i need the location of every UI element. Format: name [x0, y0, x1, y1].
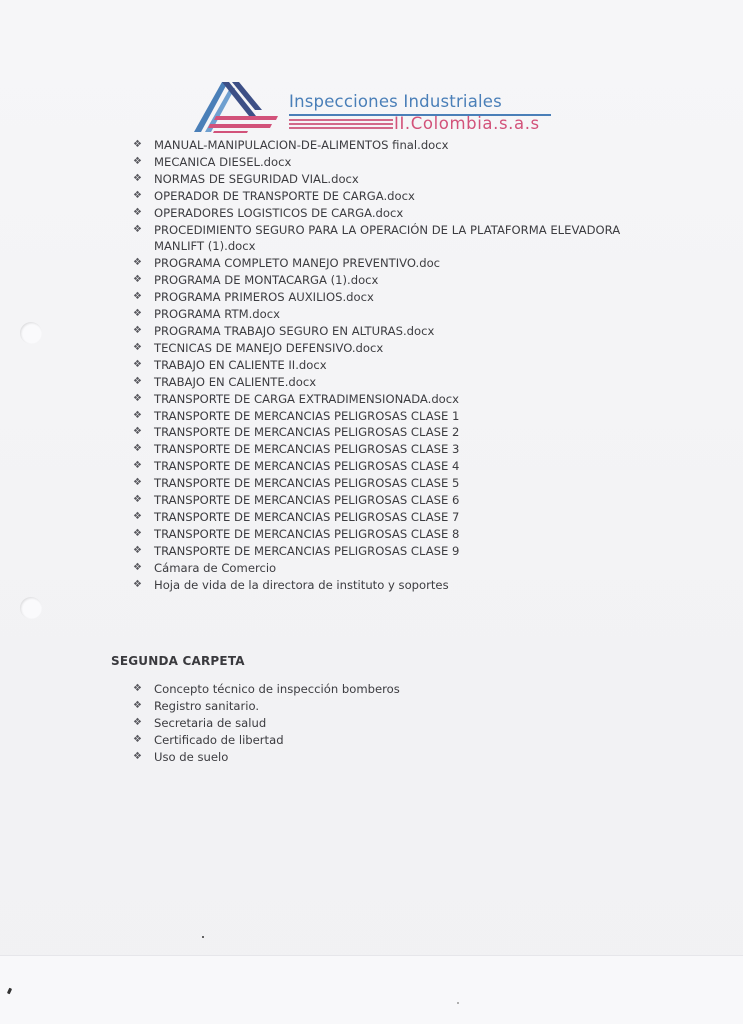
- logo-title: Inspecciones Industriales: [289, 92, 502, 111]
- list-item: ❖NORMAS DE SEGURIDAD VIAL.docx: [133, 171, 644, 188]
- paper-fold: [0, 955, 743, 1024]
- list-item: ❖TRANSPORTE DE MERCANCIAS PELIGROSAS CLA…: [133, 492, 644, 509]
- list-item: ❖Concepto técnico de inspección bomberos: [133, 681, 400, 698]
- diamond-bullet-icon: ❖: [133, 424, 142, 441]
- second-folder-list: ❖Concepto técnico de inspección bomberos…: [133, 681, 400, 766]
- list-item: ❖PROGRAMA RTM.docx: [133, 306, 644, 323]
- list-item: ❖Uso de suelo: [133, 749, 400, 766]
- list-item: ❖TRANSPORTE DE CARGA EXTRADIMENSIONADA.d…: [133, 391, 644, 408]
- list-item: ❖Cámara de Comercio: [133, 560, 644, 577]
- list-item: ❖TRANSPORTE DE MERCANCIAS PELIGROSAS CLA…: [133, 408, 644, 425]
- list-item: ❖MECANICA DIESEL.docx: [133, 154, 644, 171]
- diamond-bullet-icon: ❖: [133, 323, 142, 340]
- diamond-bullet-icon: ❖: [133, 749, 142, 766]
- list-item: ❖TECNICAS DE MANEJO DEFENSIVO.docx: [133, 340, 644, 357]
- list-item: ❖Certificado de libertad: [133, 732, 400, 749]
- diamond-bullet-icon: ❖: [133, 475, 142, 492]
- punch-hole-top: [20, 322, 42, 344]
- list-item: ❖Hoja de vida de la directora de institu…: [133, 577, 644, 594]
- diamond-bullet-icon: ❖: [133, 340, 142, 357]
- list-item: ❖TRABAJO EN CALIENTE II.docx: [133, 357, 644, 374]
- list-item: ❖PROCEDIMIENTO SEGURO PARA LA OPERACIÓN …: [133, 222, 644, 256]
- diamond-bullet-icon: ❖: [133, 560, 142, 577]
- diamond-bullet-icon: ❖: [133, 543, 142, 560]
- list-item: ❖TRABAJO EN CALIENTE.docx: [133, 374, 644, 391]
- diamond-bullet-icon: ❖: [133, 732, 142, 749]
- diamond-bullet-icon: ❖: [133, 681, 142, 698]
- list-item: ❖TRANSPORTE DE MERCANCIAS PELIGROSAS CLA…: [133, 543, 644, 560]
- list-item: ❖PROGRAMA PRIMEROS AUXILIOS.docx: [133, 289, 644, 306]
- diamond-bullet-icon: ❖: [133, 154, 142, 171]
- list-item: ❖TRANSPORTE DE MERCANCIAS PELIGROSAS CLA…: [133, 441, 644, 458]
- scanned-page: Inspecciones Industriales II.Colombia.s.…: [0, 0, 743, 1024]
- list-item: ❖PROGRAMA TRABAJO SEGURO EN ALTURAS.docx: [133, 323, 644, 340]
- diamond-bullet-icon: ❖: [133, 492, 142, 509]
- diamond-bullet-icon: ❖: [133, 526, 142, 543]
- diamond-bullet-icon: ❖: [133, 715, 142, 732]
- company-logo: Inspecciones Industriales II.Colombia.s.…: [192, 78, 562, 138]
- diamond-bullet-icon: ❖: [133, 272, 142, 289]
- diamond-bullet-icon: ❖: [133, 509, 142, 526]
- list-item: ❖Secretaria de salud: [133, 715, 400, 732]
- list-item: ❖TRANSPORTE DE MERCANCIAS PELIGROSAS CLA…: [133, 509, 644, 526]
- list-item: ❖PROGRAMA DE MONTACARGA (1).docx: [133, 272, 644, 289]
- scan-speck: [457, 1002, 459, 1004]
- diamond-bullet-icon: ❖: [133, 255, 142, 272]
- list-item: ❖OPERADORES LOGISTICOS DE CARGA.docx: [133, 205, 644, 222]
- punch-hole-bottom: [20, 597, 42, 619]
- logo-subtitle: II.Colombia.s.a.s: [394, 114, 540, 133]
- list-item: ❖TRANSPORTE DE MERCANCIAS PELIGROSAS CLA…: [133, 424, 644, 441]
- diamond-bullet-icon: ❖: [133, 222, 142, 239]
- list-item: ❖TRANSPORTE DE MERCANCIAS PELIGROSAS CLA…: [133, 526, 644, 543]
- list-item: ❖TRANSPORTE DE MERCANCIAS PELIGROSAS CLA…: [133, 475, 644, 492]
- diamond-bullet-icon: ❖: [133, 391, 142, 408]
- diamond-bullet-icon: ❖: [133, 205, 142, 222]
- diamond-bullet-icon: ❖: [133, 188, 142, 205]
- list-item: ❖TRANSPORTE DE MERCANCIAS PELIGROSAS CLA…: [133, 458, 644, 475]
- diamond-bullet-icon: ❖: [133, 408, 142, 425]
- section-heading-segunda-carpeta: SEGUNDA CARPETA: [111, 654, 245, 668]
- diamond-bullet-icon: ❖: [133, 137, 142, 154]
- diamond-bullet-icon: ❖: [133, 441, 142, 458]
- list-item: ❖OPERADOR DE TRANSPORTE DE CARGA.docx: [133, 188, 644, 205]
- list-item: ❖Registro sanitario.: [133, 698, 400, 715]
- diamond-bullet-icon: ❖: [133, 458, 142, 475]
- list-item: ❖MANUAL-MANIPULACION-DE-ALIMENTOS final.…: [133, 137, 644, 154]
- first-folder-list: ❖MANUAL-MANIPULACION-DE-ALIMENTOS final.…: [133, 137, 644, 593]
- diamond-bullet-icon: ❖: [133, 171, 142, 188]
- diamond-bullet-icon: ❖: [133, 577, 142, 594]
- diamond-bullet-icon: ❖: [133, 306, 142, 323]
- scan-speck: [202, 936, 204, 938]
- logo-lines: [289, 119, 393, 131]
- list-item: ❖PROGRAMA COMPLETO MANEJO PREVENTIVO.doc: [133, 255, 644, 272]
- diamond-bullet-icon: ❖: [133, 698, 142, 715]
- diamond-bullet-icon: ❖: [133, 357, 142, 374]
- logo-mark-icon: [192, 78, 287, 136]
- diamond-bullet-icon: ❖: [133, 374, 142, 391]
- diamond-bullet-icon: ❖: [133, 289, 142, 306]
